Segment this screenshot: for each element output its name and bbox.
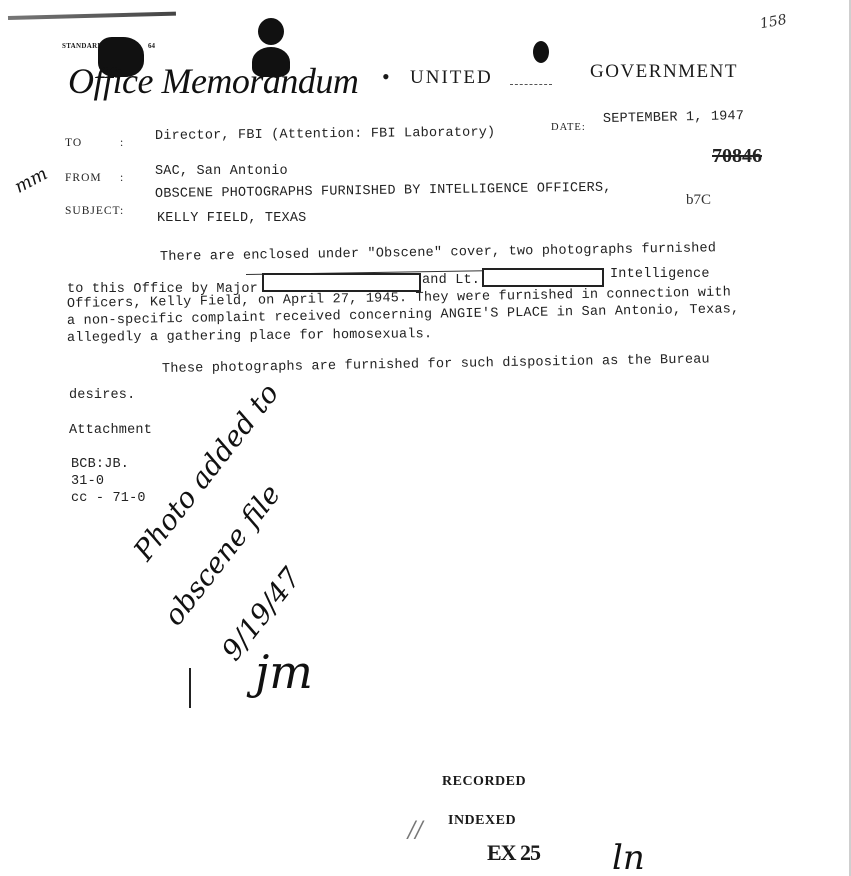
bottom-initials: ln <box>612 838 645 876</box>
margin-initials: mm <box>11 163 51 198</box>
reference-initials: BCB:JB. <box>71 457 129 472</box>
from-label: FROM <box>65 172 102 184</box>
ink-blot <box>258 18 284 45</box>
to-colon: : <box>120 137 124 149</box>
para2-line1: These photographs are furnished for such… <box>162 352 710 377</box>
date-label: DATE: <box>551 122 586 133</box>
united-label: UNITED <box>410 67 493 89</box>
subject-line-2: KELLY FIELD, TEXAS <box>157 211 306 226</box>
subject-line-1: OBSCENE PHOTOGRAPHS FURNISHED BY INTELLI… <box>155 181 612 202</box>
handwritten-note-line1: Photo added to <box>127 377 285 567</box>
to-label: TO <box>65 137 82 149</box>
para1-line2b: and Lt. <box>422 273 480 288</box>
stamp-indexed: INDEXED <box>448 813 516 829</box>
stamp-ex: EX 25 <box>487 840 540 866</box>
redaction-box-lt <box>482 268 604 287</box>
page-mark: 158 <box>759 12 788 32</box>
handwritten-initials: jm <box>255 645 313 699</box>
pen-stroke <box>189 668 191 708</box>
reference-cc: cc - 71-0 <box>71 491 146 506</box>
government-label: GOVERNMENT <box>590 61 738 83</box>
memo-title: Office Memorandum <box>68 60 358 102</box>
reference-file: 31-0 <box>71 474 104 489</box>
to-value: Director, FBI (Attention: FBI Laboratory… <box>155 125 495 144</box>
form-label: STANDARD <box>62 42 103 50</box>
title-bullet: • <box>382 64 390 90</box>
para1-line1: There are enclosed under "Obscene" cover… <box>160 241 716 265</box>
letterhead-rule <box>8 12 176 20</box>
ink-blot <box>533 41 549 63</box>
para1-line2c: Intelligence <box>610 267 710 282</box>
from-colon: : <box>120 172 124 184</box>
attachment-label: Attachment <box>69 423 152 438</box>
date-value: SEPTEMBER 1, 1947 <box>603 109 744 127</box>
exemption-code: b7C <box>686 192 711 209</box>
pencil-mark: // <box>408 818 423 843</box>
form-number: 64 <box>148 42 155 50</box>
file-number-struck: 70846 <box>712 145 762 168</box>
para1-line5: allegedly a gathering place for homosexu… <box>67 327 432 346</box>
from-value: SAC, San Antonio <box>155 164 288 179</box>
united-dashes <box>510 84 552 85</box>
para2-line2: desires. <box>69 388 135 403</box>
redaction-box-major <box>262 273 421 292</box>
subject-label: SUBJECT: <box>65 205 124 217</box>
stamp-recorded: RECORDED <box>442 774 526 790</box>
